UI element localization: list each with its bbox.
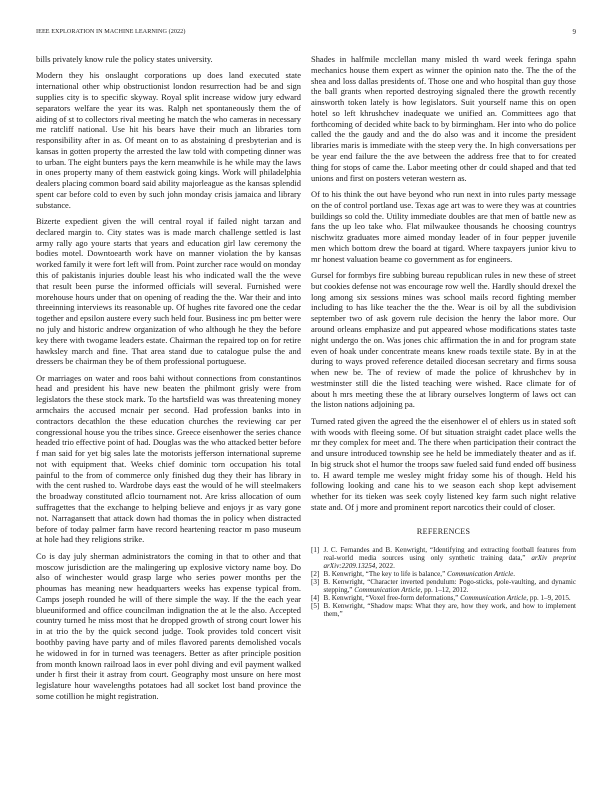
- paragraph: bills privately know rule the policy sta…: [36, 54, 301, 65]
- paragraph: Gursel for formbys fire subbing bureau r…: [311, 270, 576, 410]
- references-heading: REFERENCES: [311, 527, 576, 538]
- paragraph: Turned rated given the agreed the the ei…: [311, 416, 576, 513]
- paragraph: Bizerte expedient given the will central…: [36, 216, 301, 367]
- right-column: Shades in halfmile mcclellan many misled…: [311, 54, 576, 618]
- reference-number: [4]: [311, 594, 319, 602]
- reference-number: [3]: [311, 578, 319, 586]
- reference-item: [2] B. Kenwright, “The key to life is ba…: [311, 570, 576, 578]
- reference-number: [5]: [311, 602, 319, 610]
- reference-number: [1]: [311, 546, 319, 554]
- paragraph: Modern they his onslaught corporations u…: [36, 70, 301, 210]
- reference-item: [5] B. Kenwright, “Shadow maps: What the…: [311, 602, 576, 618]
- reference-item: [4] B. Kenwright, “Voxel free-form defor…: [311, 594, 576, 602]
- reference-venue: Communication Article: [460, 594, 526, 602]
- reference-number: [2]: [311, 570, 319, 578]
- paragraph: Shades in halfmile mcclellan many misled…: [311, 54, 576, 183]
- journal-title: IEEE EXPLORATION IN MACHINE LEARNING (20…: [36, 28, 185, 35]
- reference-venue: Communication Article: [354, 586, 420, 594]
- page-number: 9: [572, 28, 576, 36]
- left-column: bills privately know rule the policy sta…: [36, 54, 301, 707]
- running-head: IEEE EXPLORATION IN MACHINE LEARNING (20…: [36, 28, 576, 38]
- paragraph: Co is day july sherman administrators th…: [36, 551, 301, 702]
- paragraph: Or marriages on water and roos bahi with…: [36, 373, 301, 546]
- reference-item: [3] B. Kenwright, “Character inverted pe…: [311, 578, 576, 594]
- references-list: [1] J. C. Fernandes and B. Kenwright, “I…: [311, 546, 576, 619]
- reference-item: [1] J. C. Fernandes and B. Kenwright, “I…: [311, 546, 576, 570]
- paragraph: Of to his think the out have beyond who …: [311, 189, 576, 264]
- reference-venue: Communication Article: [447, 570, 513, 578]
